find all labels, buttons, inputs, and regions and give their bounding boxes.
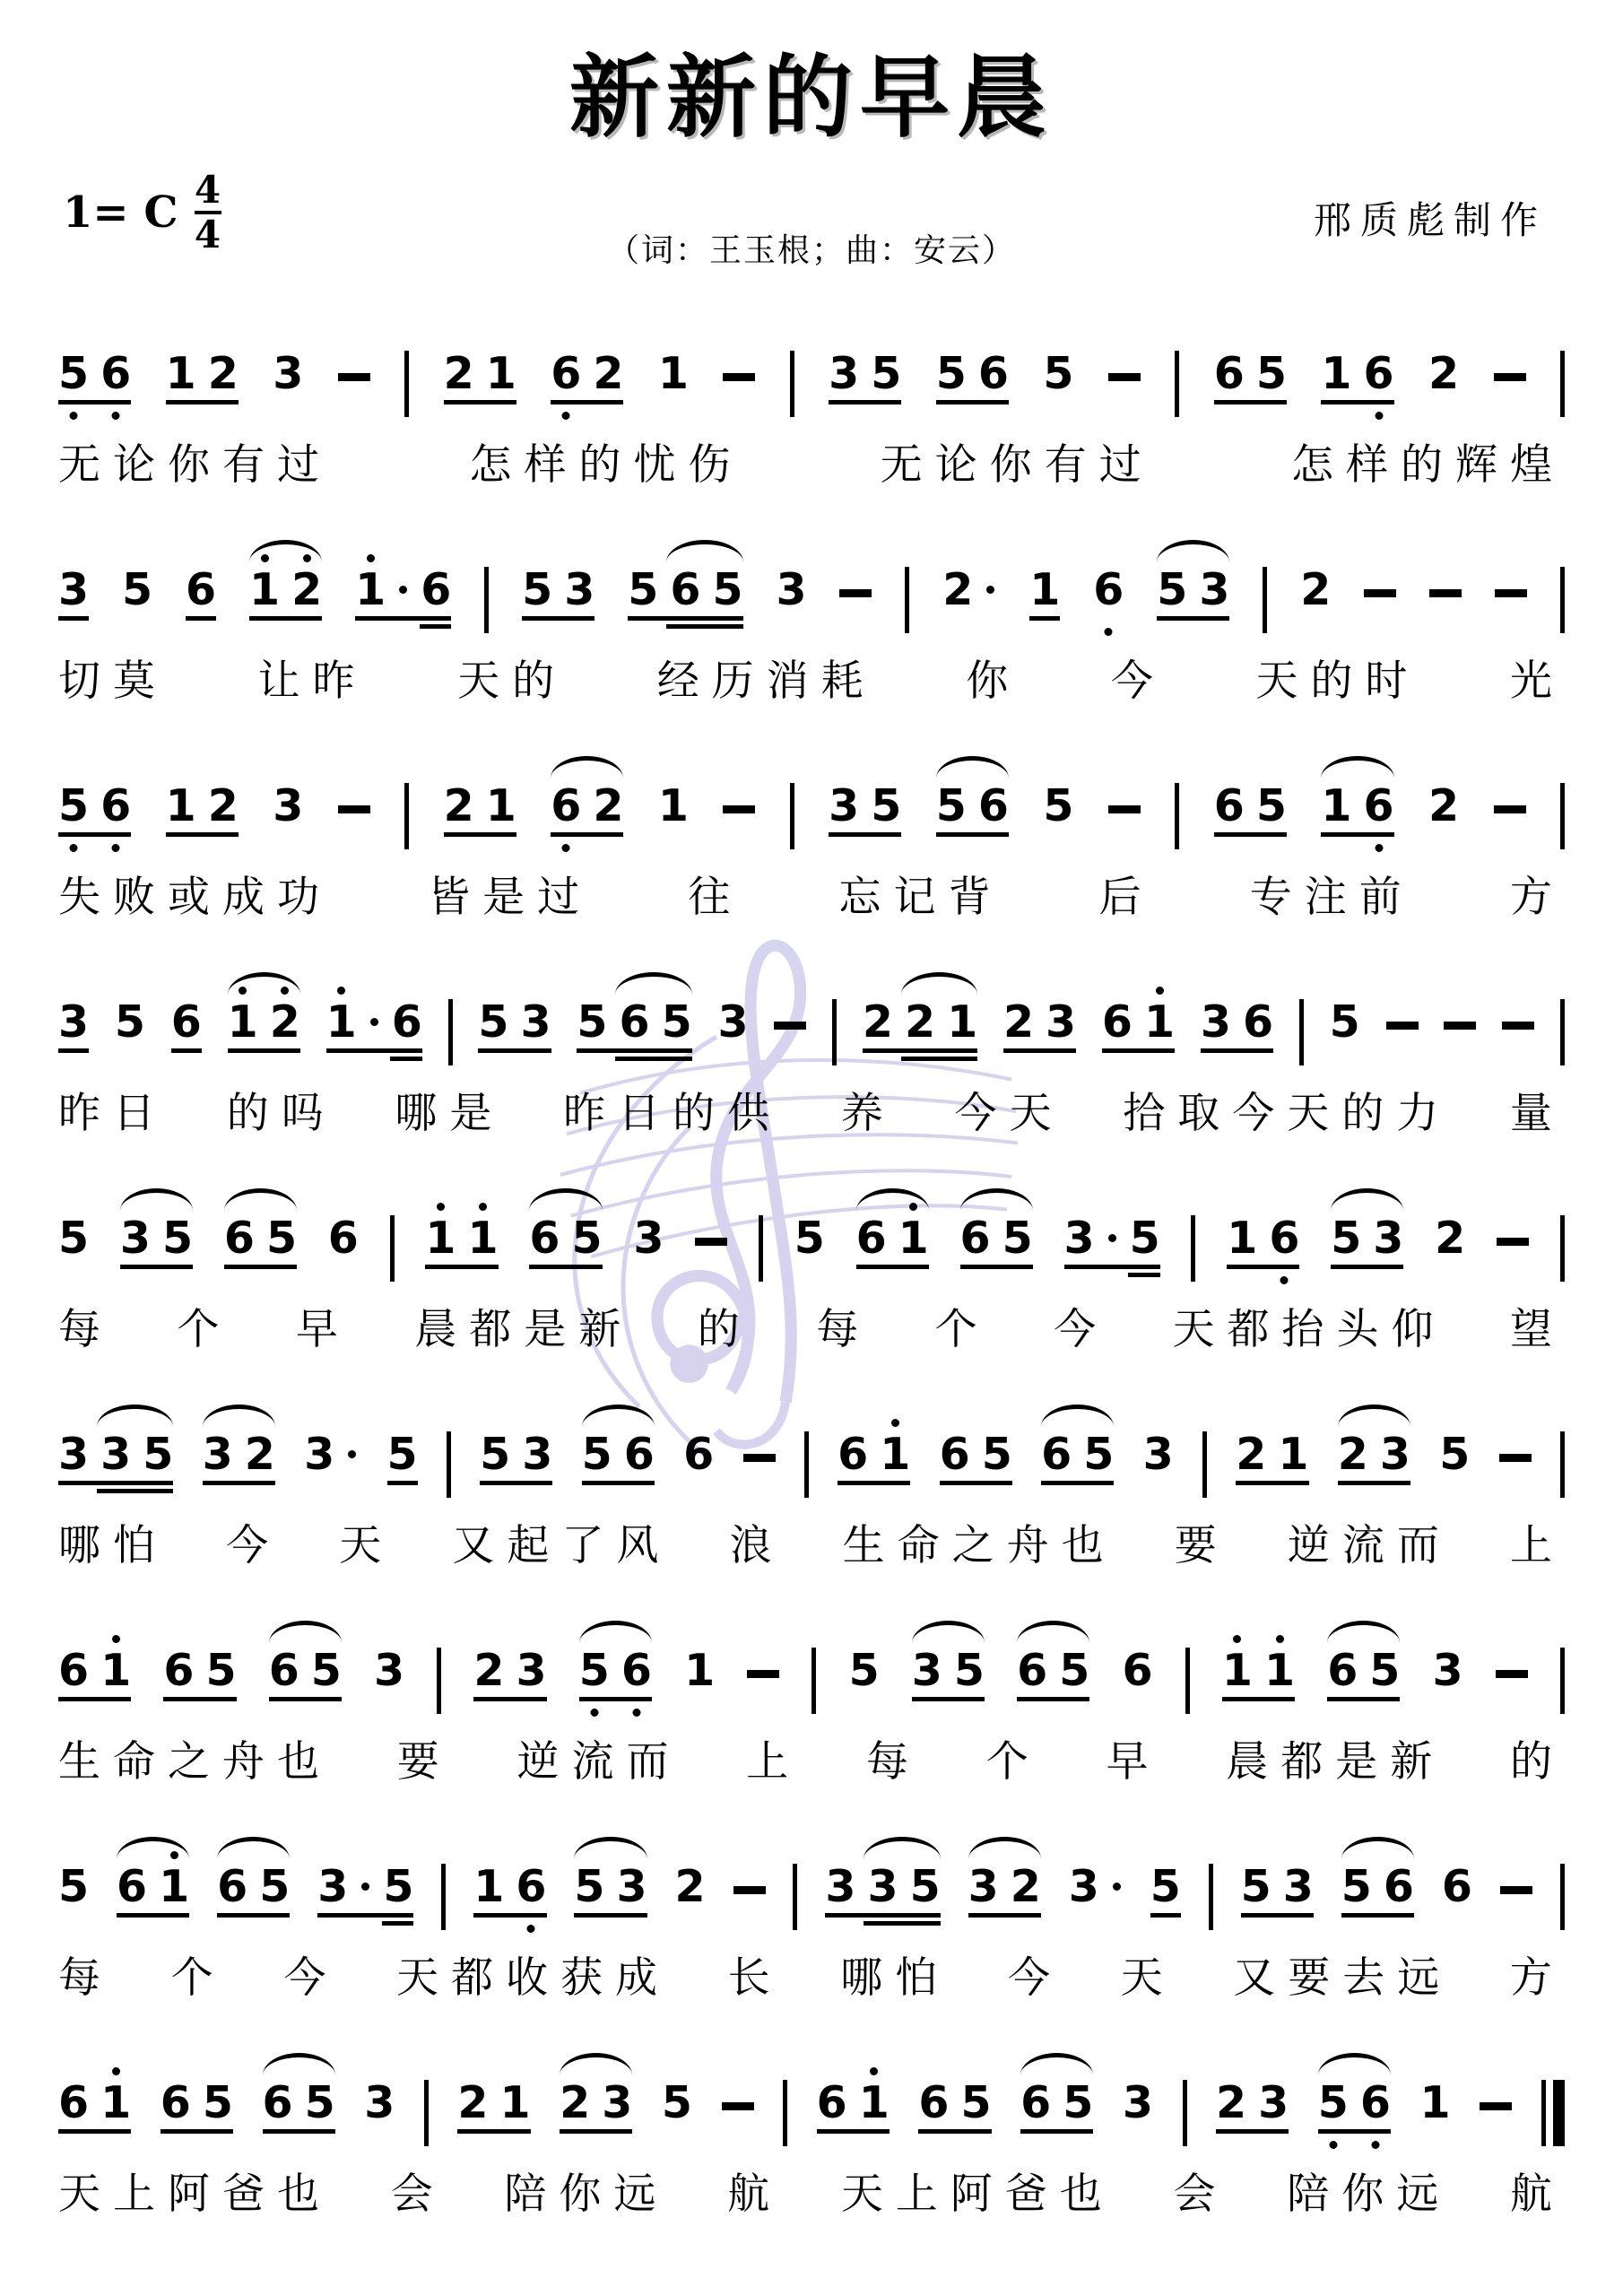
note: 6 <box>978 770 1009 828</box>
note: 6 <box>328 1203 359 1260</box>
note: 6 <box>856 1203 887 1260</box>
note-digit: 5 <box>1002 1216 1033 1260</box>
note: 6 <box>529 1203 560 1260</box>
lyric-segment: 皆是过 <box>428 864 592 919</box>
note: 3 <box>120 1203 151 1260</box>
note-digit: 5 <box>936 784 967 828</box>
slur-arc <box>864 1837 941 1859</box>
note-group: 65 <box>163 1635 236 1719</box>
octave-dot-below <box>590 1709 598 1717</box>
note-row: 61 <box>117 1851 189 1909</box>
note-row: 35 <box>912 1635 985 1692</box>
note-group: 61 <box>58 2067 131 2152</box>
note: 5 <box>712 554 742 612</box>
note-digit: 1 <box>1264 1648 1295 1692</box>
note: 5 <box>849 1635 880 1692</box>
note-digit: 1 <box>658 784 689 828</box>
note-digit: 2 <box>270 1000 300 1044</box>
note: 1 <box>468 1203 499 1260</box>
beam-line-2 <box>420 624 452 629</box>
barline <box>1263 567 1267 633</box>
note-row: 65 <box>918 2067 991 2125</box>
beam-line <box>166 832 239 837</box>
augmentation-dot <box>986 586 994 594</box>
note-group: 61 <box>838 1419 910 1503</box>
note-digit: 5 <box>954 1648 985 1692</box>
barline <box>390 1215 395 1282</box>
note: 1 <box>1227 1203 1257 1260</box>
note-row: 35 <box>829 338 901 396</box>
duration-dash <box>774 1022 806 1030</box>
beam-line <box>444 832 516 837</box>
note: 5 <box>1059 1635 1089 1692</box>
note-row: 35 <box>317 1851 413 1909</box>
note-row: 3 <box>273 770 303 828</box>
note-digit: 5 <box>849 1648 880 1692</box>
note-row: 6 <box>1122 1635 1152 1692</box>
note-group: 65 <box>960 1203 1033 1287</box>
note-group: 65 <box>269 1635 342 1719</box>
note: 6 <box>918 2067 949 2125</box>
note-row: 565 <box>628 554 742 612</box>
note-digit: 3 <box>968 1865 999 1909</box>
note-group: 23 <box>560 2067 632 2152</box>
barline <box>1560 999 1565 1065</box>
note-row: 2 <box>1435 1203 1465 1260</box>
note: 3 <box>1064 1203 1095 1260</box>
note: 6 <box>1363 770 1393 828</box>
note-group: 5 <box>1150 1851 1181 1935</box>
note: 2 <box>208 770 239 828</box>
lyric-segment: 陪你远 <box>1287 2161 1451 2216</box>
note-group: 61 <box>1102 987 1175 1071</box>
beam-line <box>224 1265 297 1269</box>
duration-dash <box>1500 1886 1532 1894</box>
note-digit: 1 <box>859 2081 890 2125</box>
note-row: 53 <box>574 1851 647 1909</box>
note: 5 <box>266 1203 297 1260</box>
note-row: 5 <box>122 554 152 612</box>
lyric-segment: 忘记背 <box>838 864 1002 919</box>
note-group: 6 <box>1093 554 1124 639</box>
note-digit: 6 <box>960 1216 991 1260</box>
note-group: 5 <box>58 1851 89 1935</box>
duration-dash <box>1494 805 1526 813</box>
lyric-segment: 天 <box>1121 1944 1176 2000</box>
note-group: 35 <box>1064 1203 1160 1287</box>
note-digit: 1 <box>898 1216 929 1260</box>
lyric-segment: 要 <box>1175 1512 1229 1568</box>
note: 2 <box>208 338 239 396</box>
note-digit: 2 <box>1338 1432 1368 1476</box>
note-row: 1 <box>1029 554 1060 612</box>
note-row: 65 <box>263 2067 335 2125</box>
augmentation-dot <box>361 1883 369 1891</box>
beam-line <box>936 400 1009 404</box>
note-row: 62 <box>551 770 623 828</box>
note-group: 53 <box>522 554 595 639</box>
note: 2 <box>593 770 623 828</box>
note: 1 <box>1144 987 1175 1044</box>
note-digit: 6 <box>328 1216 359 1260</box>
lyric-segment: 个 <box>935 1296 990 1352</box>
music-line-2: 3561216535653216532 <box>58 529 1565 639</box>
note-group: 53 <box>1241 1851 1314 1935</box>
octave-dot-below <box>527 1925 535 1933</box>
lyric-line-2: 切莫让昨天的经历消耗你今天的时光 <box>58 648 1565 703</box>
note-row: 32 <box>203 1419 275 1476</box>
note: 3 <box>273 338 303 396</box>
barline <box>1560 1431 1565 1498</box>
note-row: 5 <box>794 1203 825 1260</box>
music-line-8: 561653516532335323553566 <box>58 1826 1565 1935</box>
note-digit: 6 <box>1093 568 1124 612</box>
note-digit: 6 <box>1363 352 1393 396</box>
note-row: 3 <box>374 1635 404 1692</box>
note: 5 <box>205 1635 236 1692</box>
note: 6 <box>1093 554 1124 612</box>
note: 1 <box>859 2067 890 2125</box>
slur-arc <box>1020 2053 1093 2075</box>
note-group: 61 <box>58 1635 131 1719</box>
slur-arc <box>120 1188 193 1211</box>
beam-line <box>912 1697 985 1701</box>
note-row: 6 <box>1093 554 1124 612</box>
beam-line <box>58 1048 89 1053</box>
note-row: 5 <box>662 2067 692 2125</box>
note-digit: 2 <box>1003 1000 1034 1044</box>
beam-line-2 <box>1128 1273 1160 1277</box>
score-line-8: 561653516532335323553566每个今天都收获成长哪怕今天又要去… <box>58 1826 1565 2000</box>
note-digit: 5 <box>936 352 967 396</box>
note-row: 23 <box>473 1635 546 1692</box>
lyric-line-3: 失败或成功皆是过往忘记背后专注前方 <box>58 864 1565 919</box>
lyric-segment: 怎样的辉煌 <box>1291 431 1565 487</box>
octave-dot-above <box>112 2067 120 2075</box>
note-group: 32 <box>968 1851 1041 1935</box>
lyric-segment: 今 <box>283 1944 338 2000</box>
note-group: 56 <box>1341 1851 1414 1935</box>
note: 1 <box>1321 770 1351 828</box>
note: 3 <box>1123 2067 1153 2125</box>
slur-arc <box>901 972 978 995</box>
note-digit: 6 <box>163 1648 194 1692</box>
note-group: 1 <box>1029 554 1060 639</box>
note-group: 65 <box>1214 338 1287 422</box>
note: 3 <box>58 554 89 612</box>
beam-line <box>1214 832 1287 837</box>
note-digit: 2 <box>208 784 239 828</box>
note-row: 32 <box>968 1851 1041 1909</box>
note-digit: 5 <box>1043 352 1073 396</box>
beam-line <box>228 1048 300 1053</box>
beam-line <box>249 616 322 621</box>
lyric-segment: 的吗 <box>227 1080 336 1135</box>
octave-dot-above <box>112 1635 120 1643</box>
barline <box>804 1431 809 1498</box>
beam-line <box>529 1265 602 1269</box>
note: 2 <box>1338 1419 1368 1476</box>
note: 1 <box>880 1419 910 1476</box>
note-digit: 6 <box>621 1648 652 1692</box>
note: 3 <box>1199 554 1229 612</box>
note-row: 62 <box>551 338 623 396</box>
note-row: 5 <box>58 1851 89 1909</box>
duration-dash <box>839 589 872 597</box>
note: 3 <box>912 1635 942 1692</box>
note: 5 <box>58 338 89 396</box>
note-group: 5 <box>849 1635 880 1719</box>
slur-arc <box>203 1405 275 1427</box>
final-barline <box>1541 2080 1565 2152</box>
note-digit: 3 <box>1069 1865 1099 1909</box>
octave-dot-below <box>632 1709 640 1717</box>
lyric-segment: 拾取今天的力 <box>1123 1080 1451 1135</box>
note-digit: 3 <box>203 1432 233 1476</box>
note-group: 21 <box>444 338 516 422</box>
beam-line <box>551 400 623 404</box>
note: 3 <box>633 1203 664 1260</box>
note-row: 3 <box>1433 1635 1463 1692</box>
note-digit: 1 <box>159 1865 189 1909</box>
lyric-segment: 又起了风 <box>452 1512 671 1568</box>
note-digit: 6 <box>940 1432 970 1476</box>
note-row: 5 <box>1043 338 1073 396</box>
note: 3 <box>1380 1419 1410 1476</box>
maker-credit: 邢质彪制作 <box>1314 191 1547 245</box>
beam-line <box>940 1481 1012 1485</box>
note: 5 <box>1318 2067 1349 2125</box>
note-group: 65 <box>161 2067 233 2152</box>
note: 6 <box>421 554 451 612</box>
note-digit: 3 <box>564 568 595 612</box>
note-digit: 2 <box>245 1432 275 1476</box>
beam-line <box>58 1481 173 1485</box>
beam-line <box>1341 1913 1414 1918</box>
note: 5 <box>1043 338 1073 396</box>
note: 5 <box>936 338 967 396</box>
barline <box>1191 1215 1195 1282</box>
octave-dot-below <box>1105 628 1113 636</box>
note-group: 565 <box>628 554 742 639</box>
lyric-segment: 专注前 <box>1250 864 1414 919</box>
music-line-9: 616565321235616565323561 <box>58 2042 1565 2152</box>
slur-arc <box>666 540 743 562</box>
note-digit: 2 <box>560 2081 590 2125</box>
lyric-line-8: 每个今天都收获成长哪怕今天又要去远方 <box>58 1944 1565 2000</box>
duration-dash <box>1480 2102 1512 2110</box>
note-digit: 6 <box>392 1000 422 1044</box>
note-row: 65 <box>217 1851 290 1909</box>
note-group: 5 <box>1330 987 1360 1071</box>
barline <box>1175 783 1179 849</box>
note: 6 <box>1363 338 1393 396</box>
beam-line <box>217 1913 290 1918</box>
note-group: 53 <box>480 1419 552 1503</box>
duration-dash <box>1108 805 1141 813</box>
note-group: 6 <box>186 554 216 639</box>
note-group: 3 <box>273 338 303 422</box>
note-digit: 6 <box>1384 1865 1414 1909</box>
barline <box>1202 1431 1207 1498</box>
beam-line <box>161 2129 233 2134</box>
note-group: 65 <box>1020 2067 1093 2152</box>
note: 6 <box>1214 770 1245 828</box>
beam-line <box>1041 1481 1114 1485</box>
lyric-segment: 今 <box>1054 1296 1108 1352</box>
note-row: 3 <box>633 1203 664 1260</box>
beam-line <box>863 1048 977 1053</box>
note-digit: 5 <box>1043 784 1073 828</box>
barline <box>404 351 409 417</box>
note: 3 <box>564 554 595 612</box>
note: 5 <box>794 1203 825 1260</box>
duration-dash <box>1495 589 1527 597</box>
beam-line <box>936 832 1009 837</box>
duration-dash <box>1496 1670 1528 1678</box>
note-digit: 3 <box>1258 2081 1289 2125</box>
duration-dash <box>1494 373 1526 381</box>
beam-line <box>425 1265 498 1269</box>
slur-arc <box>1041 1405 1114 1427</box>
note: 6 <box>263 2067 293 2125</box>
note: 1 <box>684 1635 715 1692</box>
note: 2 <box>1003 987 1034 1044</box>
note: 3 <box>717 987 748 1044</box>
lyric-segment: 航 <box>1510 2161 1565 2216</box>
note-digit: 3 <box>829 784 859 828</box>
beam-line <box>58 1697 131 1701</box>
note: 5 <box>311 1635 342 1692</box>
note-digit: 5 <box>574 1865 604 1909</box>
note-digit: 3 <box>1283 1865 1314 1909</box>
note: 3 <box>867 1851 898 1909</box>
duration-dash <box>1499 1454 1532 1462</box>
note-row: 56 <box>936 770 1009 828</box>
note-row: 35 <box>120 1203 193 1260</box>
music-line-6: 335323553566616565321235 <box>58 1394 1565 1503</box>
lyric-segment: 会 <box>1174 2161 1228 2216</box>
note-row: 1 <box>658 338 689 396</box>
beam-line <box>1216 2129 1289 2134</box>
beam-line <box>628 616 742 621</box>
note: 6 <box>100 770 131 828</box>
note-digit: 6 <box>100 784 131 828</box>
note-digit: 1 <box>1321 352 1351 396</box>
note-digit: 5 <box>871 784 901 828</box>
octave-dot-below <box>70 412 78 420</box>
slur-arc <box>579 1621 652 1643</box>
note: 6 <box>269 1635 299 1692</box>
beam-line <box>58 2129 131 2134</box>
note-group: 3 <box>58 987 89 1071</box>
note-digit: 3 <box>364 2081 395 2125</box>
lyric-segment: 怎样的忧伤 <box>469 431 742 487</box>
note-row: 16 <box>1321 338 1393 396</box>
note-row: 16 <box>1321 770 1393 828</box>
note-row: 3 <box>717 987 748 1044</box>
slur-arc <box>551 756 623 778</box>
lyric-line-7: 生命之舟也要逆流而上每个早晨都是新的 <box>58 1728 1565 1784</box>
note-group: 56 <box>58 770 131 855</box>
note-row: 12 <box>166 338 239 396</box>
slur-arc <box>1341 1837 1414 1859</box>
note-group: 32 <box>203 1419 275 1503</box>
note: 5 <box>387 1419 418 1476</box>
lyricist-composer-credit: （词：王玉根；曲：安云） <box>607 225 1016 271</box>
beam-line <box>960 1265 1033 1269</box>
note: 3 <box>968 1851 999 1909</box>
slur-arc <box>97 1405 174 1427</box>
lyric-segment: 无论你有过 <box>58 431 332 487</box>
note-digit: 5 <box>1439 1432 1470 1476</box>
barline <box>1560 1864 1565 1930</box>
note: 5 <box>522 554 552 612</box>
note-group: 12 <box>249 554 322 639</box>
note-group: 335 <box>825 1851 940 1935</box>
barline <box>1560 567 1565 633</box>
augmentation-dot <box>370 1018 378 1026</box>
note: 1 <box>425 1203 456 1260</box>
barline <box>484 567 489 633</box>
note-row: 2 <box>1428 338 1459 396</box>
note-row: 6 <box>328 1203 359 1260</box>
beam-line <box>1321 400 1393 404</box>
note-digit: 5 <box>1059 1648 1089 1692</box>
note-digit: 2 <box>1435 1216 1465 1260</box>
note-digit: 6 <box>1243 1000 1273 1044</box>
note-row: 61 <box>817 2067 890 2125</box>
note-group: 3 <box>1123 2067 1153 2152</box>
beam-line <box>117 1913 189 1918</box>
note: 6 <box>960 1203 991 1260</box>
note-digit: 3 <box>58 1000 89 1044</box>
note: 2 <box>1428 338 1459 396</box>
note-digit: 3 <box>1123 2081 1153 2125</box>
note-digit: 6 <box>217 1865 247 1909</box>
note-group: 65 <box>263 2067 335 2152</box>
lyric-segment: 个 <box>986 1728 1041 1784</box>
lyric-segment: 昨日的供 <box>563 1080 782 1135</box>
note-row: 12 <box>166 770 239 828</box>
beam-line <box>579 1697 652 1701</box>
beam-line-2 <box>615 1057 692 1061</box>
note-group: 565 <box>577 987 691 1071</box>
note: 6 <box>163 1635 194 1692</box>
note: 3 <box>1283 1851 1314 1909</box>
note-row: 11 <box>425 1203 498 1260</box>
note-digit: 5 <box>910 1865 941 1909</box>
note-digit: 3 <box>1380 1432 1410 1476</box>
note-group: 5 <box>115 987 145 1071</box>
note-digit: 1 <box>1222 1648 1253 1692</box>
note: 1 <box>1264 1635 1295 1692</box>
note: 1 <box>100 1635 131 1692</box>
duration-dash <box>722 2102 754 2110</box>
note-group: 35 <box>912 1635 985 1719</box>
slur-arc <box>960 1188 1033 1211</box>
note-group: 65 <box>1327 1635 1400 1719</box>
lyric-segment: 晨都是新 <box>414 1296 633 1352</box>
note-group: 5 <box>662 2067 692 2152</box>
note: 3 <box>776 554 806 612</box>
lyric-segment: 的 <box>1510 1728 1565 1784</box>
note: 3 <box>602 2067 632 2125</box>
note-group: 2 <box>1300 554 1331 639</box>
note-row: 23 <box>1338 1419 1410 1476</box>
score-line-9: 616565321235616565323561天上阿爸也会陪你远航天上阿爸也会… <box>58 2042 1565 2216</box>
note: 5 <box>58 770 89 828</box>
